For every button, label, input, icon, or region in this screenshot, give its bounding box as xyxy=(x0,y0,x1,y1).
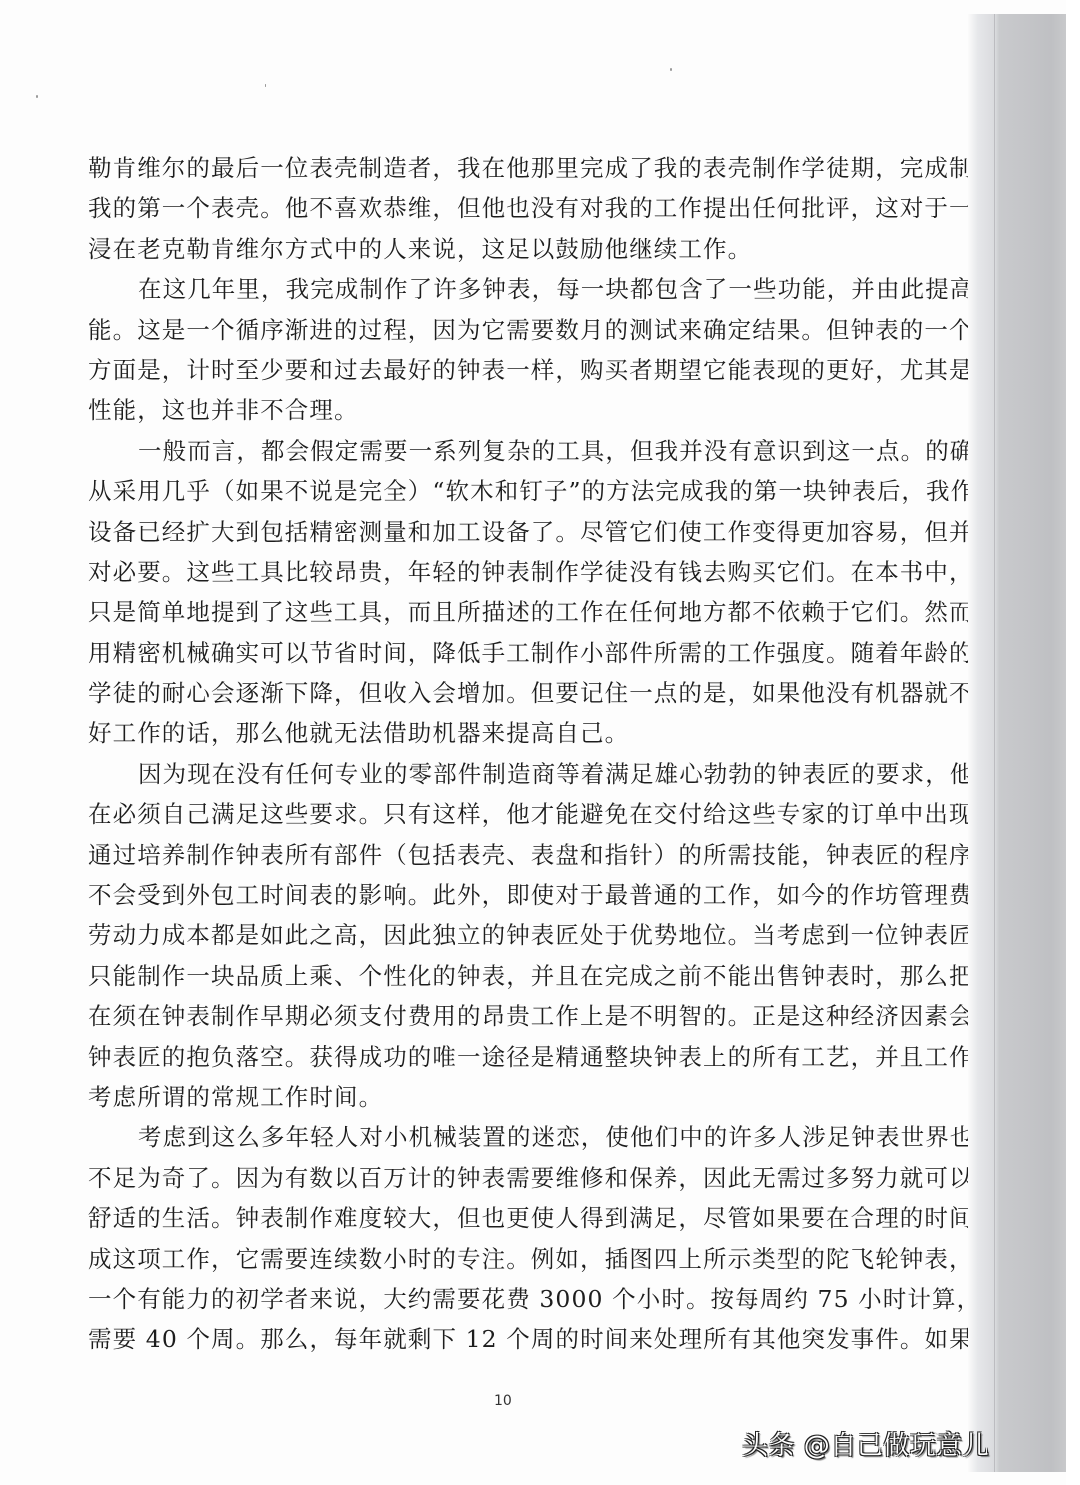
text-line: 性能，这也并非不合理。 xyxy=(88,390,888,430)
text-line: 好工作的话，那么他就无法借助机器来提高自己。 xyxy=(88,713,888,753)
text-line: 勒肯维尔的最后一位表壳制造者，我在他那里完成了我的表壳制作学徒期，完成制作了 xyxy=(88,148,888,188)
text-line: 在必须自己满足这些要求。只有这样，他才能避免在交付给这些专家的订单中出现延误。 xyxy=(88,794,888,834)
text-line: 因为现在没有任何专业的零部件制造商等着满足雄心勃勃的钟表匠的要求，他现 xyxy=(88,754,888,794)
text-line: 我的第一个表壳。他不喜欢恭维，但他也没有对我的工作提出任何批评，这对于一个沉 xyxy=(88,188,888,228)
page-number: 10 xyxy=(494,1393,512,1409)
text-line: 用精密机械确实可以节省时间，降低手工制作小部件所需的工作强度。随着年龄的增长， xyxy=(88,633,888,673)
text-line: 不足为奇了。因为有数以百万计的钟表需要维修和保养，因此无需过多努力就可以过上 xyxy=(88,1158,888,1198)
scan-speck xyxy=(36,95,38,98)
text-line: 学徒的耐心会逐渐下降，但收入会增加。但要记住一点的是，如果他没有机器就不能做 xyxy=(88,673,888,713)
paragraph: 因为现在没有任何专业的零部件制造商等着满足雄心勃勃的钟表匠的要求，他现在必须自己… xyxy=(88,754,888,1118)
paragraph: 在这几年里，我完成制作了许多钟表，每一块都包含了一些功能，并由此提高了性能。这是… xyxy=(88,269,888,431)
text-line: 只能制作一块品质上乘、个性化的钟表，并且在完成之前不能出售钟表时，那么把钱花 xyxy=(88,956,888,996)
page-edge-shadow xyxy=(968,14,1066,1472)
paragraph: 考虑到这么多年轻人对小机械装置的迷恋，使他们中的许多人涉足钟表世界也就不足为奇了… xyxy=(88,1117,888,1359)
text-line: 考虑所谓的常规工作时间。 xyxy=(88,1077,888,1117)
text-line: 只是简单地提到了这些工具，而且所描述的工作在任何地方都不依赖于它们。然而，采 xyxy=(88,592,888,632)
text-line: 从采用几乎（如果不说是完全）“软木和钉子”的方法完成我的第一块钟表后，我作坊内 xyxy=(88,471,888,511)
scan-speck xyxy=(265,84,266,87)
text-line: 需要 40 个周。那么，每年就剩下 12 个周的时间来处理所有其他突发事件。如果… xyxy=(88,1319,888,1359)
text-line: 能。这是一个循序渐进的过程，因为它需要数月的测试来确定结果。但钟表的一个重要 xyxy=(88,310,888,350)
text-line: 劳动力成本都是如此之高，因此独立的钟表匠处于优势地位。当考虑到一位钟表匠一年 xyxy=(88,915,888,955)
text-line: 成这项工作，它需要连续数小时的专注。例如，插图四上所示类型的陀飞轮钟表，对于 xyxy=(88,1239,888,1279)
paragraph: 一般而言，都会假定需要一系列复杂的工具，但我并没有意识到这一点。的确，自从采用几… xyxy=(88,431,888,754)
text-line: 舒适的生活。钟表制作难度较大，但也更使人得到满足，尽管如果要在合理的时间内完 xyxy=(88,1198,888,1238)
text-line: 考虑到这么多年轻人对小机械装置的迷恋，使他们中的许多人涉足钟表世界也就 xyxy=(88,1117,888,1157)
watermark: 头条 @自己做玩意儿 xyxy=(742,1425,989,1462)
scan-border xyxy=(1066,0,1080,1485)
text-line: 不会受到外包工时间表的影响。此外，即使对于最普通的工作，如今的作坊管理费用和 xyxy=(88,875,888,915)
text-line: 方面是，计时至少要和过去最好的钟表一样，购买者期望它能表现的更好，尤其是长期 xyxy=(88,350,888,390)
text-line: 钟表匠的抱负落空。获得成功的唯一途径是精通整块钟表上的所有工艺，并且工作时不 xyxy=(88,1037,888,1077)
text-line: 一般而言，都会假定需要一系列复杂的工具，但我并没有意识到这一点。的确，自 xyxy=(88,431,888,471)
text-line: 通过培养制作钟表所有部件（包括表壳、表盘和指针）的所需技能，钟表匠的程序永远 xyxy=(88,835,888,875)
scan-speck xyxy=(670,68,672,71)
text-line: 在这几年里，我完成制作了许多钟表，每一块都包含了一些功能，并由此提高了性 xyxy=(88,269,888,309)
text-line: 对必要。这些工具比较昂贵，年轻的钟表制作学徒没有钱去购买它们。在本书中，我也 xyxy=(88,552,888,592)
scanned-page: 勒肯维尔的最后一位表壳制造者，我在他那里完成了我的表壳制作学徒期，完成制作了我的… xyxy=(0,0,1080,1485)
text-line: 在须在钟表制作早期必须支付费用的昂贵工作上是不明智的。正是这种经济因素会导致 xyxy=(88,996,888,1036)
text-line: 一个有能力的初学者来说，大约需要花费 3000 个小时。按每周约 75 小时计算… xyxy=(88,1279,888,1319)
paragraph: 勒肯维尔的最后一位表壳制造者，我在他那里完成了我的表壳制作学徒期，完成制作了我的… xyxy=(88,148,888,269)
text-line: 浸在老克勒肯维尔方式中的人来说，这足以鼓励他继续工作。 xyxy=(88,229,888,269)
text-line: 设备已经扩大到包括精密测量和加工设备了。尽管它们使工作变得更加容易，但并非绝 xyxy=(88,512,888,552)
body-text: 勒肯维尔的最后一位表壳制造者，我在他那里完成了我的表壳制作学徒期，完成制作了我的… xyxy=(88,148,888,1360)
